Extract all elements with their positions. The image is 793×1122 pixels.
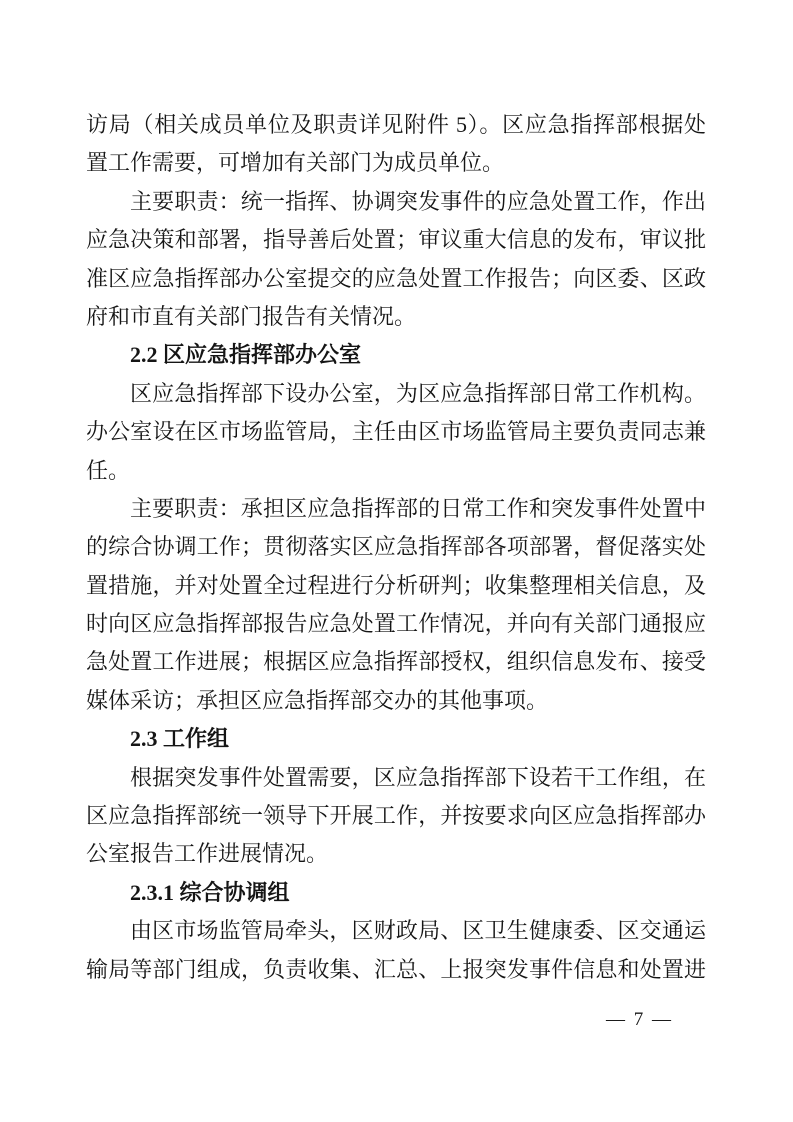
text-line: 输局等部门组成，负责收集、汇总、上报突发事件信息和处置进 (86, 951, 706, 989)
text-line: 由区市场监管局牵头，区财政局、区卫生健康委、区交通运 (86, 912, 706, 950)
text-line: 主要职责：承担区应急指挥部的日常工作和突发事件处置中 (86, 490, 706, 528)
text-line: 时向区应急指挥部报告应急处置工作情况，并向有关部门通报应 (86, 605, 706, 643)
text-line: 准区应急指挥部办公室提交的应急处置工作报告；向区委、区政 (86, 260, 706, 298)
text-line: 区应急指挥部下设办公室，为区应急指挥部日常工作机构。 (86, 375, 706, 413)
text-line: 根据突发事件处置需要，区应急指挥部下设若干工作组，在 (86, 759, 706, 797)
page-number: — 7 — (606, 1008, 673, 1032)
document-body: 访局（相关成员单位及职责详见附件 5）。区应急指挥部根据处 置工作需要，可增加有… (86, 106, 706, 989)
text-line: 任。 (86, 452, 706, 490)
text-line: 急处置工作进展；根据区应急指挥部授权，组织信息发布、接受 (86, 643, 706, 681)
text-line: 置措施，并对处置全过程进行分析研判；收集整理相关信息，及 (86, 567, 706, 605)
section-heading-2-2: 2.2 区应急指挥部办公室 (86, 336, 706, 374)
text-line: 区应急指挥部统一领导下开展工作，并按要求向区应急指挥部办 (86, 797, 706, 835)
text-line: 置工作需要，可增加有关部门为成员单位。 (86, 144, 706, 182)
text-line: 应急决策和部署，指导善后处置；审议重大信息的发布，审议批 (86, 221, 706, 259)
text-line: 公室报告工作进展情况。 (86, 835, 706, 873)
text-line: 办公室设在区市场监管局，主任由区市场监管局主要负责同志兼 (86, 413, 706, 451)
text-line: 主要职责：统一指挥、协调突发事件的应急处置工作，作出 (86, 183, 706, 221)
section-heading-2-3-1: 2.3.1 综合协调组 (86, 874, 706, 912)
text-line: 访局（相关成员单位及职责详见附件 5）。区应急指挥部根据处 (86, 106, 706, 144)
text-line: 的综合协调工作；贯彻落实区应急指挥部各项部署，督促落实处 (86, 528, 706, 566)
text-line: 媒体采访；承担区应急指挥部交办的其他事项。 (86, 682, 706, 720)
document-page: 访局（相关成员单位及职责详见附件 5）。区应急指挥部根据处 置工作需要，可增加有… (0, 0, 793, 1122)
section-heading-2-3: 2.3 工作组 (86, 720, 706, 758)
text-line: 府和市直有关部门报告有关情况。 (86, 298, 706, 336)
